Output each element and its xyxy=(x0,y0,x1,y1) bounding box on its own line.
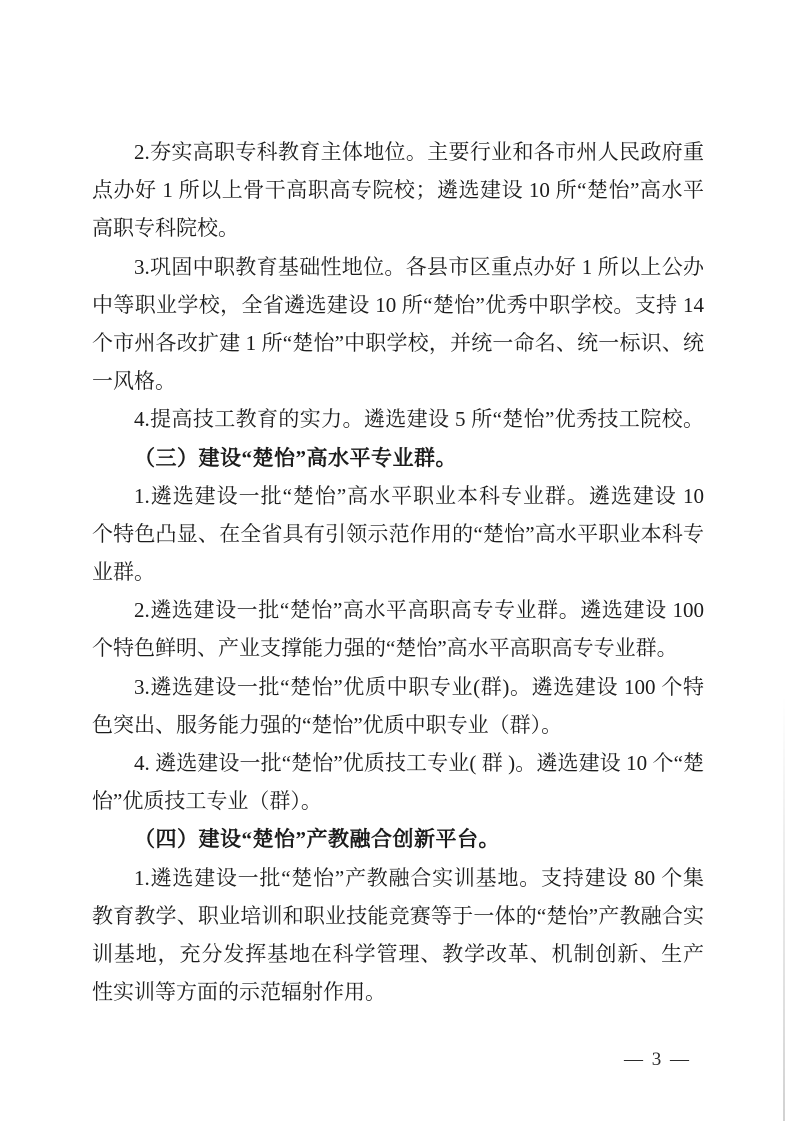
body-text-line: 教育教学、职业培训和职业技能竞赛等于一体的“楚怡”产教融合实 xyxy=(92,897,704,935)
body-text-line: 2.遴选建设一批“楚怡”高水平高职高专专业群。遴选建设 100 xyxy=(92,591,704,629)
body-text-line: 业群。 xyxy=(92,553,704,591)
body-text-line: 训基地，充分发挥基地在科学管理、教学改革、机制创新、生产 xyxy=(92,935,704,973)
body-text-line: 个市州各改扩建 1 所“楚怡”中职学校，并统一命名、统一标识、统 xyxy=(92,324,704,362)
body-text-line: 1.遴选建设一批“楚怡”高水平职业本科专业群。遴选建设 10 xyxy=(92,477,704,515)
body-text-line: 4. 遴选建设一批“楚怡”优质技工专业( 群 )。遴选建设 10 个“楚 xyxy=(92,744,704,782)
body-text-line: 4.提高技工教育的实力。遴选建设 5 所“楚怡”优秀技工院校。 xyxy=(92,400,704,438)
body-text-line: 性实训等方面的示范辐射作用。 xyxy=(92,973,704,1011)
body-text-line: 高职专科院校。 xyxy=(92,209,704,247)
document-body: 2.夯实高职专科教育主体地位。主要行业和各市州人民政府重点办好 1 所以上骨干高… xyxy=(92,133,704,1011)
body-text-line: 色突出、服务能力强的“楚怡”优质中职专业（群）。 xyxy=(92,706,704,744)
page-number: — 3 — xyxy=(624,1048,691,1072)
body-text-line: 个特色鲜明、产业支撑能力强的“楚怡”高水平高职高专专业群。 xyxy=(92,629,704,667)
body-text-line: 3.巩固中职教育基础性地位。各县市区重点办好 1 所以上公办 xyxy=(92,248,704,286)
body-text-line: 2.夯实高职专科教育主体地位。主要行业和各市州人民政府重 xyxy=(92,133,704,171)
document-page: 2.夯实高职专科教育主体地位。主要行业和各市州人民政府重点办好 1 所以上骨干高… xyxy=(0,0,793,1121)
body-text-line: 点办好 1 所以上骨干高职高专院校；遴选建设 10 所“楚怡”高水平 xyxy=(92,171,704,209)
body-text-line: 3.遴选建设一批“楚怡”优质中职专业(群)。遴选建设 100 个特 xyxy=(92,668,704,706)
section-heading: （三）建设“楚怡”高水平专业群。 xyxy=(92,439,704,477)
body-text-line: 中等职业学校，全省遴选建设 10 所“楚怡”优秀中职学校。支持 14 xyxy=(92,286,704,324)
section-heading: （四）建设“楚怡”产教融合创新平台。 xyxy=(92,820,704,858)
body-text-line: 1.遴选建设一批“楚怡”产教融合实训基地。支持建设 80 个集 xyxy=(92,859,704,897)
body-text-line: 个特色凸显、在全省具有引领示范作用的“楚怡”高水平职业本科专 xyxy=(92,515,704,553)
scan-artifact-line xyxy=(783,695,785,1121)
body-text-line: 怡”优质技工专业（群）。 xyxy=(92,782,704,820)
body-text-line: 一风格。 xyxy=(92,362,704,400)
